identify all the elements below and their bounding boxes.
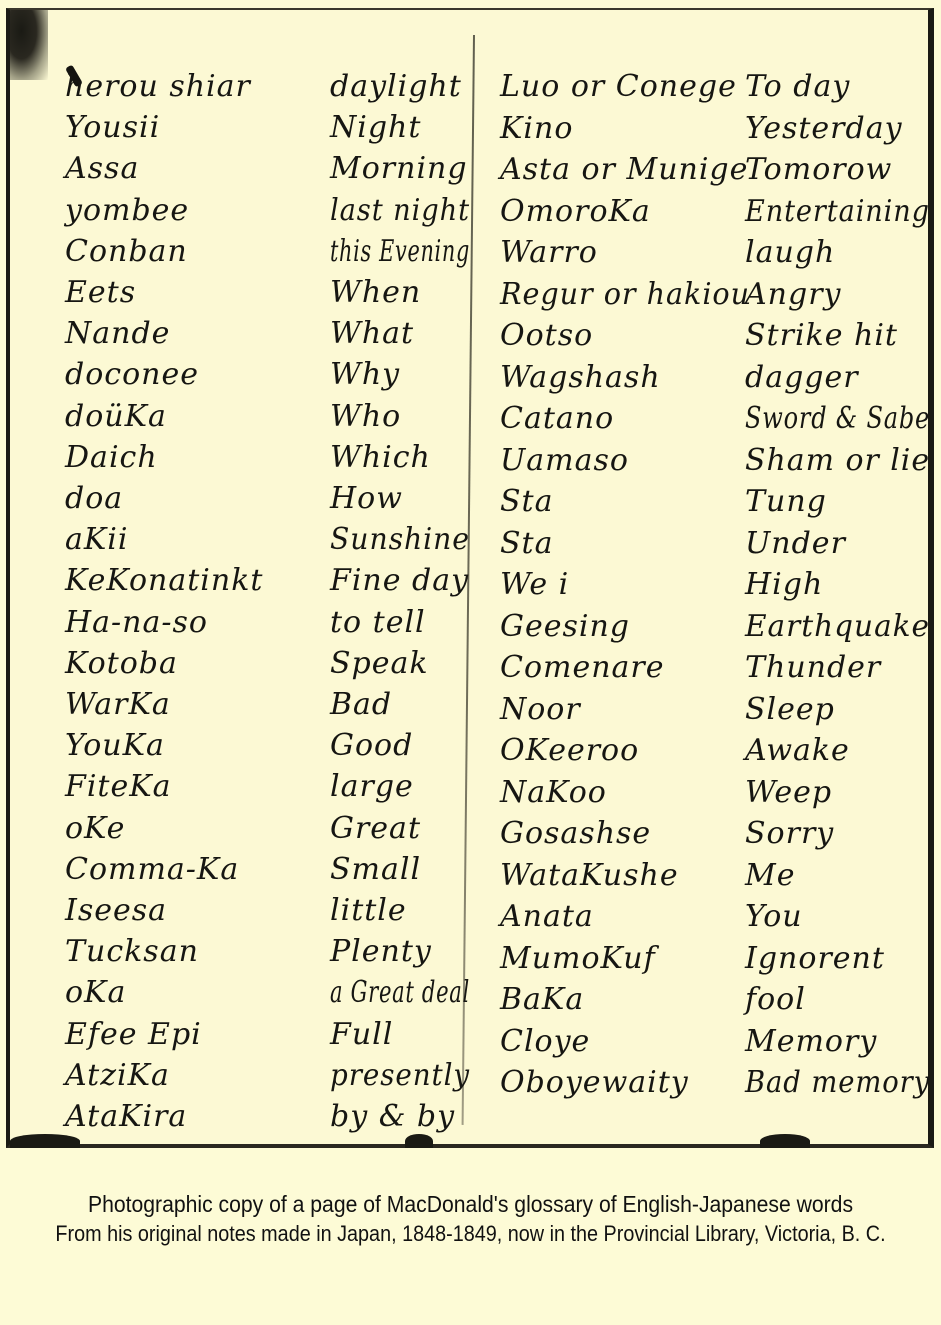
english-word: this Evening <box>330 237 470 267</box>
english-word: a Great deal <box>330 978 470 1008</box>
english-word: Earthquake <box>745 612 930 642</box>
japanese-word: BaKa <box>500 985 584 1015</box>
japanese-word: YouKa <box>65 731 165 761</box>
caption: Photographic copy of a page of MacDonald… <box>0 1190 941 1248</box>
english-word: Thunder <box>745 653 881 683</box>
english-word: Strike hit <box>745 321 898 351</box>
english-word: When <box>330 278 421 308</box>
english-word: to tell <box>330 608 426 638</box>
english-word: Night <box>330 113 421 143</box>
japanese-word: oKe <box>65 814 125 844</box>
english-word: You <box>745 902 803 932</box>
english-word: Entertaining <box>745 197 930 227</box>
english-word: last night <box>330 196 470 226</box>
english-word: Fine day <box>330 566 469 596</box>
ink-blot-bottom-left <box>10 1134 80 1148</box>
japanese-word: Anata <box>500 902 594 932</box>
caption-title: Photographic copy of a page of MacDonald… <box>38 1190 904 1218</box>
manuscript-photo: herou shiardaylightYousiiNightAssaMornin… <box>6 8 934 1148</box>
japanese-word: NaKoo <box>500 778 607 808</box>
japanese-word: Noor <box>500 695 581 725</box>
japanese-word: Geesing <box>500 612 630 642</box>
caption-subtitle: From his original notes made in Japan, 1… <box>47 1220 894 1248</box>
japanese-word: Comma-Ka <box>65 855 239 885</box>
english-word: Bad memory <box>745 1068 930 1098</box>
japanese-word: Catano <box>500 404 614 434</box>
japanese-word: Regur or hakiou <box>500 280 750 310</box>
japanese-word: Warro <box>500 238 598 268</box>
japanese-word: Assa <box>65 154 139 184</box>
japanese-word: OmoroKa <box>500 197 651 227</box>
japanese-word: Nande <box>65 319 170 349</box>
english-word: dagger <box>745 363 859 393</box>
english-word: Speak <box>330 649 429 679</box>
english-word: by & by <box>330 1102 455 1132</box>
japanese-word: Eets <box>65 278 136 308</box>
english-word: Tomorow <box>745 155 892 185</box>
english-word: little <box>330 896 407 926</box>
english-word: presently <box>330 1061 470 1091</box>
english-word: Memory <box>745 1027 877 1057</box>
english-word: Me <box>745 861 795 891</box>
japanese-word: Yousii <box>65 113 160 143</box>
japanese-word: Luo or Conege <box>500 72 737 102</box>
japanese-word: Wagshash <box>500 363 661 393</box>
japanese-word: Iseesa <box>65 896 167 926</box>
japanese-word: aKii <box>65 525 129 555</box>
english-word: Weep <box>745 778 832 808</box>
japanese-word: doüKa <box>65 402 167 432</box>
japanese-word: Daich <box>65 443 158 473</box>
english-word: Who <box>330 402 401 432</box>
japanese-word: oKa <box>65 978 126 1008</box>
japanese-word: Cloye <box>500 1027 590 1057</box>
japanese-word: doconee <box>65 360 199 390</box>
english-word: large <box>330 772 414 802</box>
english-word: Great <box>330 814 421 844</box>
english-word: Angry <box>745 280 841 310</box>
japanese-word: AtaKira <box>65 1102 187 1132</box>
english-word: Sorry <box>745 819 834 849</box>
japanese-word: Kino <box>500 114 573 144</box>
japanese-word: OKeeroo <box>500 736 639 766</box>
japanese-word: We i <box>500 570 569 600</box>
japanese-word: Sta <box>500 529 554 559</box>
japanese-word: Conban <box>65 237 188 267</box>
english-word: Which <box>330 443 431 473</box>
english-word: Ignorent <box>745 944 885 974</box>
english-word: Why <box>330 360 400 390</box>
japanese-word: herou shiar <box>65 72 251 102</box>
japanese-word: FiteKa <box>65 772 172 802</box>
japanese-word: WataKushe <box>500 861 679 891</box>
english-word: To day <box>745 72 850 102</box>
ink-blot-bottom-mid <box>405 1134 433 1148</box>
japanese-word: Uamaso <box>500 446 629 476</box>
english-word: Yesterday <box>745 114 903 144</box>
japanese-word: yombee <box>65 196 189 226</box>
english-word: How <box>330 484 403 514</box>
english-word: Bad <box>330 690 392 720</box>
ink-blot-bottom-right <box>760 1134 810 1148</box>
english-word: daylight <box>330 72 462 102</box>
japanese-word: Oboyewaity <box>500 1068 689 1098</box>
japanese-word: Kotoba <box>65 649 178 679</box>
japanese-word: KeKonatinkt <box>65 566 263 596</box>
japanese-word: doa <box>65 484 123 514</box>
japanese-word: Gosashse <box>500 819 651 849</box>
english-word: Tung <box>745 487 827 517</box>
english-word: fool <box>745 985 806 1015</box>
english-word: Small <box>330 855 421 885</box>
japanese-word: WarKa <box>65 690 171 720</box>
japanese-word: Efee Epi <box>65 1020 202 1050</box>
japanese-word: AtziKa <box>65 1061 170 1091</box>
english-word: Under <box>745 529 846 559</box>
english-word: High <box>745 570 823 600</box>
english-word: Full <box>330 1020 393 1050</box>
english-word: Morning <box>330 154 468 184</box>
japanese-word: Ootso <box>500 321 593 351</box>
english-word: Sleep <box>745 695 835 725</box>
english-word: Sunshine <box>330 525 470 555</box>
japanese-word: Tucksan <box>65 937 199 967</box>
english-word: Awake <box>745 736 850 766</box>
english-word: laugh <box>745 238 835 268</box>
english-word: Good <box>330 731 413 761</box>
japanese-word: Ha-na-so <box>65 608 208 638</box>
japanese-word: MumoKuf <box>500 944 656 974</box>
english-word: Sham or lie <box>745 446 930 476</box>
english-word: Sword & Sabe <box>745 404 930 434</box>
english-word: Plenty <box>330 937 432 967</box>
japanese-word: Sta <box>500 487 554 517</box>
ink-blot-corner <box>10 10 48 80</box>
japanese-word: Comenare <box>500 653 665 683</box>
japanese-word: Asta or Munige <box>500 155 748 185</box>
english-word: What <box>330 319 414 349</box>
